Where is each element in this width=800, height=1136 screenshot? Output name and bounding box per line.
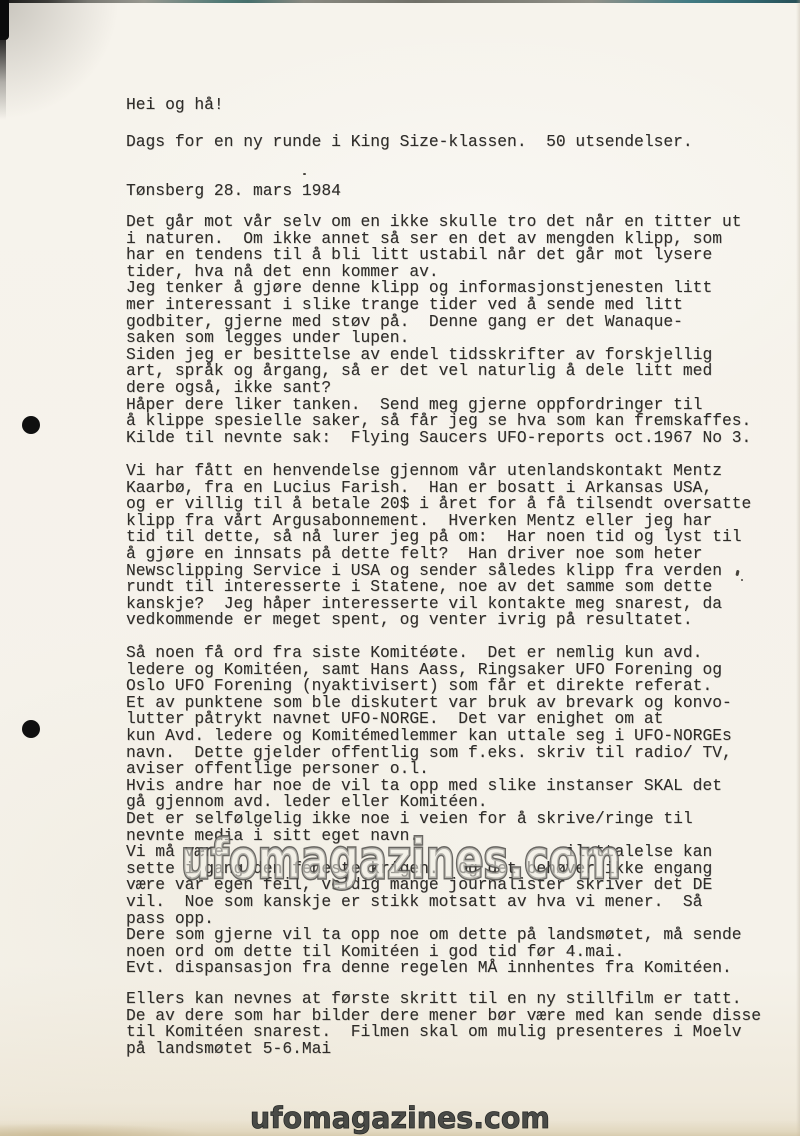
scanned-letter-page: Hei og hå! Dags for en ny runde i King S… bbox=[0, 0, 800, 1136]
hole-punch-bottom bbox=[22, 720, 40, 738]
watermark-bottom: ufomagazines.com bbox=[240, 1101, 560, 1136]
scan-right-edge bbox=[796, 0, 800, 1136]
watermark-center: ufomagazines.com bbox=[168, 824, 634, 896]
scan-speck bbox=[303, 173, 306, 175]
watermark-center-text: ufomagazines.com bbox=[181, 828, 621, 891]
paragraph-1: Det går mot vår selv om en ikke skulle t… bbox=[126, 214, 751, 446]
scan-bottom-left-stain bbox=[0, 1124, 200, 1136]
scan-left-edge-fade bbox=[0, 36, 6, 120]
intro-line: Dags for en ny runde i King Size-klassen… bbox=[126, 134, 693, 151]
dateline: Tønsberg 28. mars 1984 bbox=[126, 183, 341, 200]
scan-top-edge bbox=[0, 0, 800, 3]
watermark-bottom-text: ufomagazines.com bbox=[250, 1101, 550, 1135]
paragraph-2: Vi har fått en henvendelse gjennom vår u… bbox=[126, 463, 751, 629]
scan-left-edge-bar bbox=[0, 0, 9, 40]
paragraph-3: Så noen få ord fra siste Komitéøte. Det … bbox=[126, 645, 742, 977]
greeting-line: Hei og hå! bbox=[126, 97, 224, 114]
paragraph-4: Ellers kan nevnes at første skritt til e… bbox=[126, 991, 761, 1057]
hole-punch-top bbox=[22, 416, 40, 434]
scan-speck bbox=[741, 579, 743, 581]
scan-corner-shadow bbox=[0, 0, 120, 120]
